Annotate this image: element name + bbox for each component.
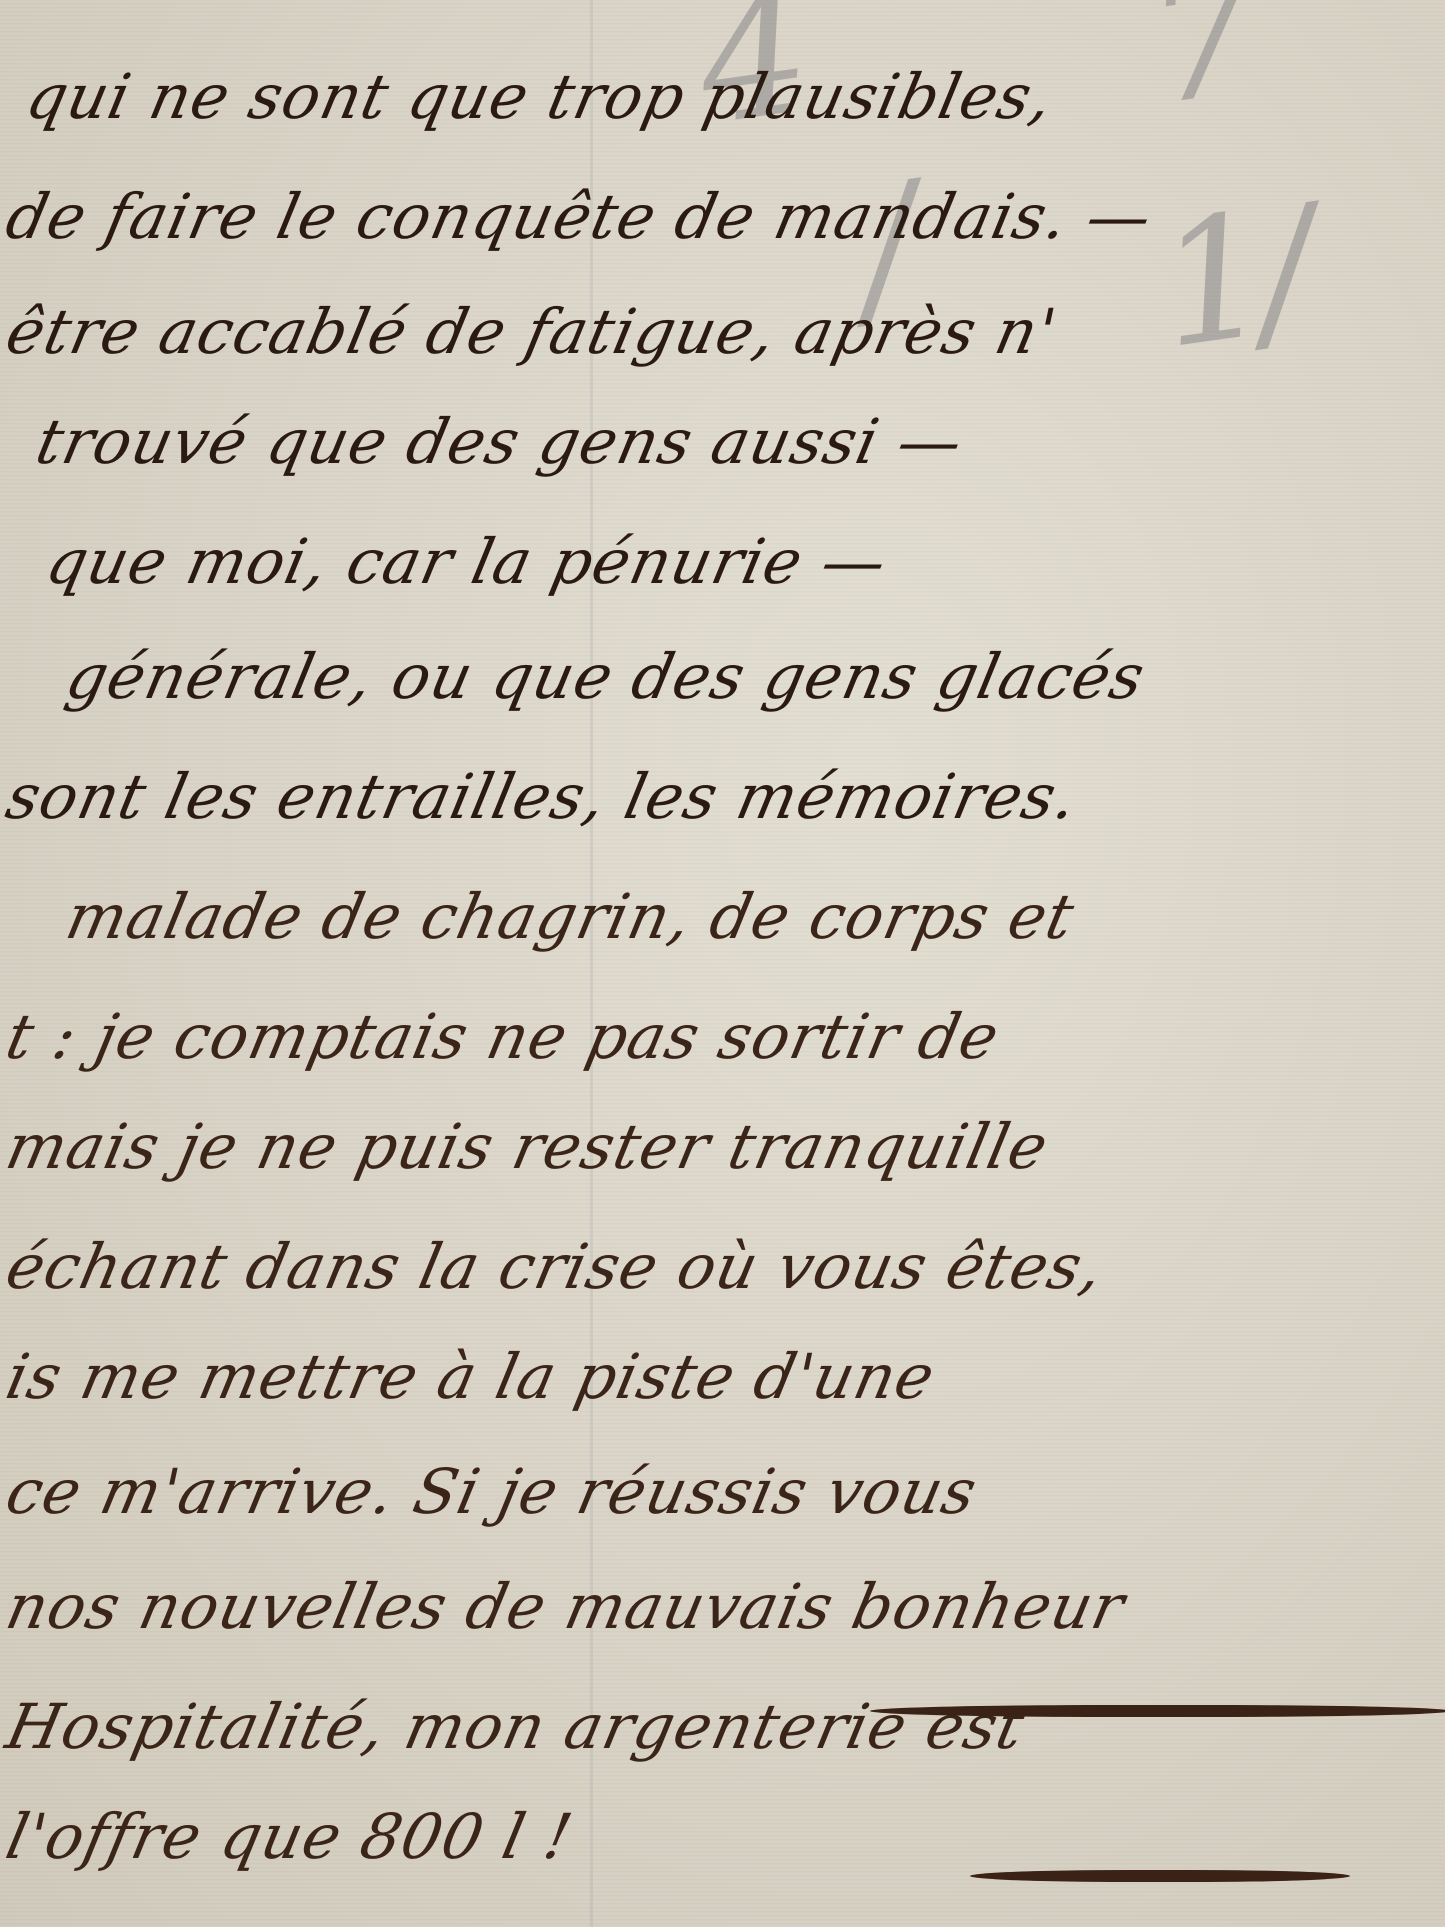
handwritten-line: générale, ou que des gens glacés <box>60 640 1152 713</box>
handwritten-line: sont les entrailles, les mémoires. <box>0 760 1084 833</box>
handwritten-line: qui ne sont que trop plausibles, <box>20 60 1060 133</box>
handwritten-line: échant dans la crise où vous êtes, <box>0 1230 1110 1303</box>
handwritten-line: t : je comptais ne pas sortir de <box>0 1000 1006 1073</box>
handwritten-line: nos nouvelles de mauvais bonheur <box>0 1570 1131 1643</box>
handwritten-line: malade de chagrin, de corps et <box>60 880 1081 953</box>
handwritten-line: que moi, car la pénurie — <box>40 525 894 598</box>
handwritten-line: is me mettre à la piste d'une <box>0 1340 942 1413</box>
pencil-mark: 7 <box>1137 0 1262 144</box>
handwritten-line: Hospitalité, mon argenterie est <box>0 1690 1031 1763</box>
handwritten-line: mais je ne puis rester tranquille <box>0 1110 1055 1183</box>
handwritten-line: ce m'arrive. Si je réussis vous <box>0 1455 984 1528</box>
pencil-mark: 1/ <box>1147 171 1319 387</box>
letter-page: 4 7 / 1/ qui ne sont que trop plausibles… <box>0 0 1445 1927</box>
handwritten-line: de faire le conquête de mandais. — <box>0 180 1159 253</box>
handwritten-line: l'offre que 800 l ! <box>0 1800 579 1873</box>
handwritten-line: être accablé de fatigue, après n' <box>0 295 1063 368</box>
flourish-stroke <box>870 1705 1445 1717</box>
flourish-stroke <box>970 1870 1350 1882</box>
handwritten-line: trouvé que des gens aussi — <box>30 405 970 478</box>
